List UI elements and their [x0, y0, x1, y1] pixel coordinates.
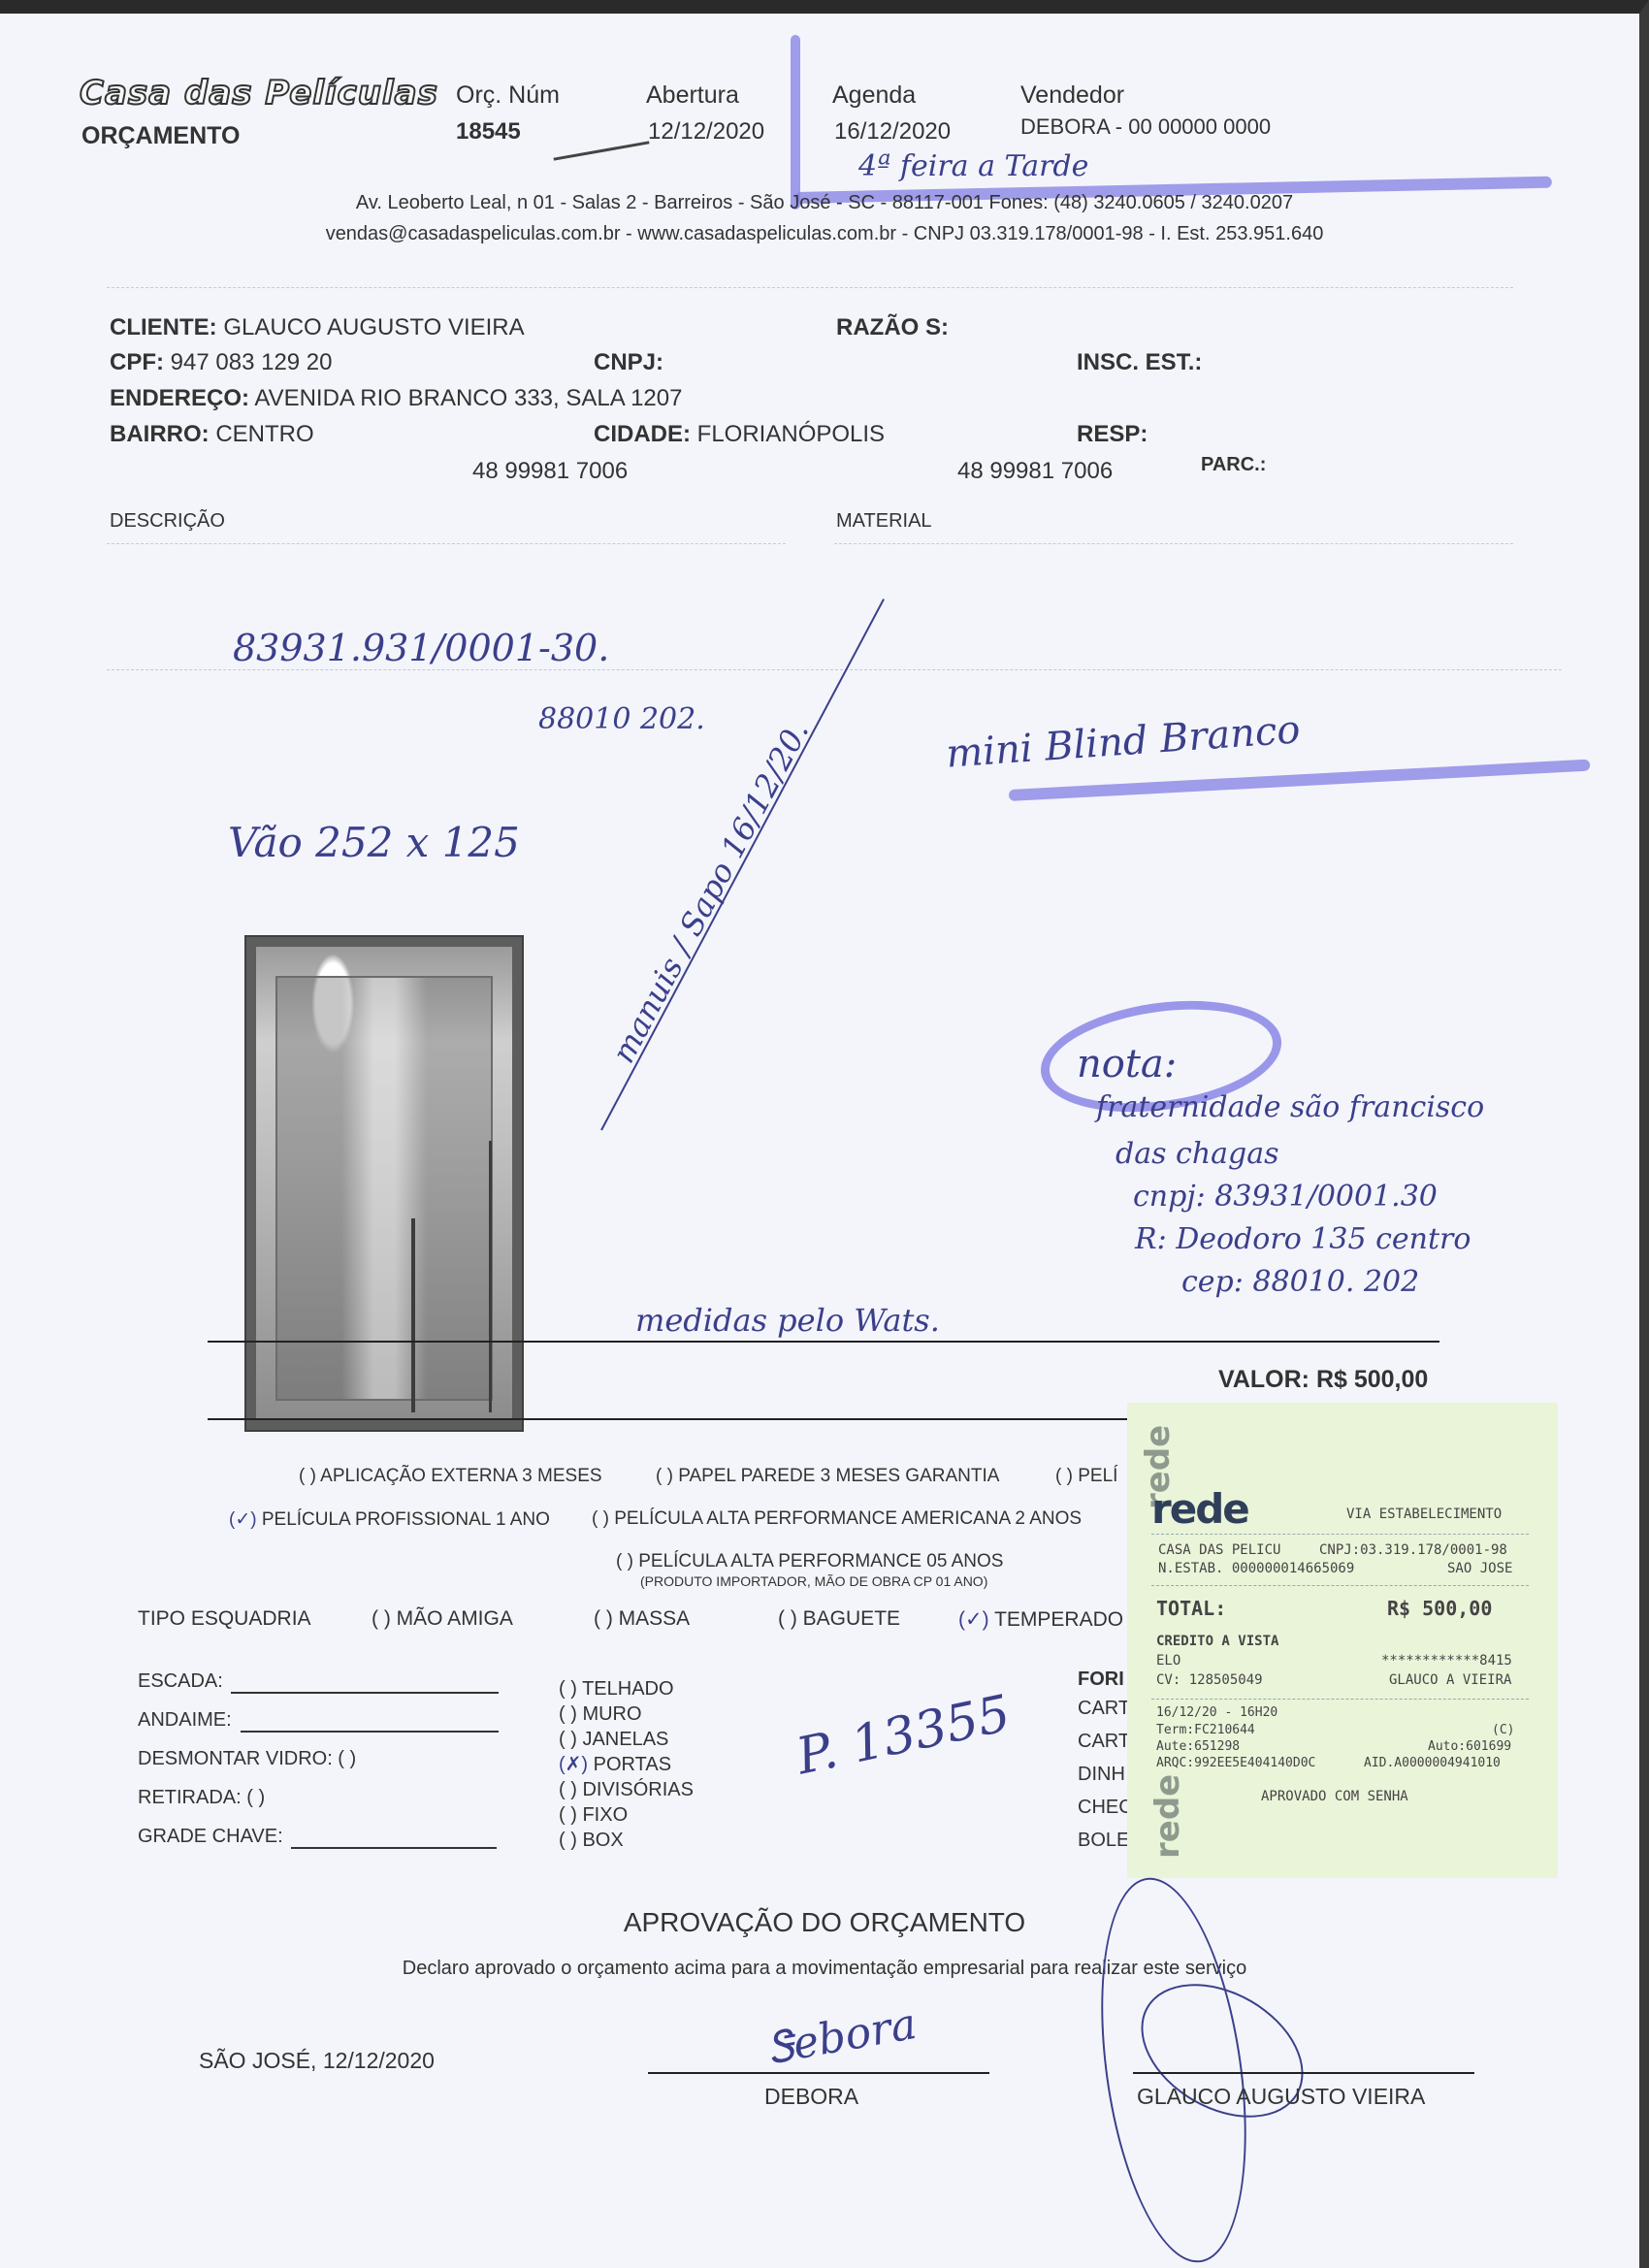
signature-debora: Ꮥebora — [763, 1999, 921, 2074]
option-sub-note: (PRODUTO IMPORTADOR, MÃO DE OBRA CP 01 A… — [640, 1573, 987, 1589]
checkbox[interactable]: ( ) — [656, 1466, 673, 1486]
option-pelicula-americana[interactable]: ( ) PELÍCULA ALTA PERFORMANCE AMERICANA … — [592, 1508, 1082, 1530]
option-label: BAGUETE — [803, 1607, 900, 1630]
option-pelicula-truncated[interactable]: ( ) PELÍ — [1055, 1466, 1117, 1487]
doc-type: ORÇAMENTO — [81, 122, 240, 150]
pagamento-item[interactable]: DINH — [1078, 1758, 1133, 1791]
door-handle — [411, 1218, 415, 1412]
receipt-datetime: 16/12/20 - 16H20 — [1156, 1705, 1277, 1720]
receipt-auto: Auto:601699 — [1428, 1739, 1511, 1754]
descricao-label: DESCRIÇÃO — [110, 510, 225, 533]
phone-1: 48 99981 7006 — [472, 458, 628, 485]
option-label: APLICAÇÃO EXTERNA 3 MESES — [320, 1466, 601, 1486]
receipt-term: Term:FC210644 — [1156, 1723, 1255, 1737]
nota-line: das chagas — [1115, 1137, 1279, 1171]
checkbox[interactable]: ( ) — [372, 1607, 391, 1630]
escada-label: ESCADA: — [138, 1670, 223, 1693]
receipt-estab: N.ESTAB. 000000014665069 — [1158, 1561, 1354, 1576]
quote-document: Casa das Películas ORÇAMENTO Orç. Núm 18… — [0, 0, 1649, 2268]
bairro-value: CENTRO — [215, 421, 313, 447]
phone-2: 48 99981 7006 — [957, 458, 1113, 485]
nota-line: R: Deodoro 135 centro — [1135, 1222, 1471, 1256]
approval-title: APROVAÇÃO DO ORÇAMENTO — [0, 1907, 1649, 1938]
checkbox[interactable]: ( ) — [1055, 1466, 1073, 1486]
divider — [834, 543, 1513, 544]
parc-label: PARC.: — [1201, 454, 1266, 476]
receipt-city: SAO JOSE — [1447, 1561, 1512, 1576]
company-address: Av. Leoberto Leal, n 01 - Salas 2 - Barr… — [0, 192, 1649, 214]
rede-logo-vertical: rede — [1148, 1774, 1187, 1859]
checkbox[interactable]: ( ) — [778, 1607, 797, 1630]
pen-stroke — [553, 141, 649, 160]
material-label: MATERIAL — [836, 510, 932, 533]
endereco-label: ENDEREÇO: — [110, 385, 249, 411]
option-label: PELÍCULA ALTA PERFORMANCE AMERICANA 2 AN… — [614, 1508, 1082, 1529]
valor-label: VALOR: — [1218, 1366, 1309, 1393]
line — [208, 1418, 1129, 1420]
receipt-divider — [1151, 1699, 1529, 1700]
bairro-field: BAIRRO: CENTRO — [110, 421, 314, 448]
checkbox[interactable]: ( ) — [559, 1830, 577, 1851]
receipt-mode: CREDITO A VISTA — [1156, 1634, 1278, 1649]
nota-line: cnpj: 83931/0001.30 — [1133, 1180, 1438, 1214]
insc-label: INSC. EST.: — [1077, 349, 1202, 376]
retirada-field[interactable]: RETIRADA: ( ) — [138, 1787, 265, 1809]
receipt-holder: GLAUCO A VIEIRA — [1389, 1672, 1511, 1688]
option-label: DIVISÓRIAS — [582, 1779, 693, 1800]
esquadria-baguete[interactable]: ( ) BAGUETE — [778, 1607, 900, 1631]
local-janelas[interactable]: ( ) JANELAS — [559, 1727, 694, 1752]
option-aplicacao-externa[interactable]: ( ) APLICAÇÃO EXTERNA 3 MESES — [299, 1466, 602, 1487]
escada-line — [231, 1692, 499, 1694]
option-label: PELÍCULA ALTA PERFORMANCE 05 ANOS — [638, 1551, 1003, 1571]
local-fixo[interactable]: ( ) FIXO — [559, 1802, 694, 1828]
esquadria-massa[interactable]: ( ) MASSA — [594, 1607, 690, 1631]
marker-stroke-vertical — [791, 35, 800, 210]
agenda-label: Agenda — [832, 81, 916, 110]
local-box[interactable]: ( ) BOX — [559, 1828, 694, 1853]
option-label: PELÍCULA PROFISSIONAL 1 ANO — [262, 1509, 550, 1530]
signature-line — [1133, 2072, 1474, 2074]
receipt-brand: ELO — [1156, 1653, 1180, 1669]
checkbox-checked[interactable]: (✓) — [958, 1608, 989, 1631]
endereco-value: AVENIDA RIO BRANCO 333, SALA 1207 — [254, 385, 682, 411]
receipt-divider — [1151, 1534, 1529, 1535]
divider — [107, 543, 786, 544]
divider — [107, 287, 1513, 288]
checkbox-checked[interactable]: (✓) — [229, 1509, 257, 1530]
abertura-date: 12/12/2020 — [648, 118, 764, 146]
pagamento-item[interactable]: CHEC — [1078, 1791, 1133, 1824]
locais-list: ( ) TELHADO ( ) MURO ( ) JANELAS (✗) POR… — [559, 1676, 694, 1853]
cidade-field: CIDADE: FLORIANÓPOLIS — [594, 421, 885, 448]
orc-num: 18545 — [456, 118, 521, 146]
company-contact: vendas@casadaspeliculas.com.br - www.cas… — [0, 223, 1649, 245]
receipt-card: ************8415 — [1381, 1653, 1512, 1669]
forma-pagamento: FORI CART CART DINH CHEC BOLE — [1078, 1667, 1133, 1857]
signer-1: DEBORA — [764, 2084, 858, 2110]
checkbox[interactable]: ( ) — [559, 1678, 577, 1700]
signature-line — [648, 2072, 989, 2074]
receipt-via: VIA ESTABELECIMENTO — [1346, 1507, 1502, 1522]
brand-logo: Casa das Películas — [80, 74, 438, 113]
orc-num-label: Orç. Núm — [456, 81, 560, 110]
card-receipt: rede rede VIA ESTABELECIMENTO CASA DAS P… — [1127, 1403, 1558, 1878]
option-label: BOX — [582, 1830, 623, 1851]
option-label: MASSA — [619, 1607, 691, 1630]
receipt-divider — [1151, 1585, 1529, 1586]
valor-amount: R$ 500,00 — [1316, 1366, 1428, 1393]
esquadria-mao-amiga[interactable]: ( ) MÃO AMIGA — [372, 1607, 513, 1631]
cnpj-handwritten: 83931.931/0001-30. — [233, 627, 609, 669]
agenda-handwritten-note: 4ª feira a Tarde — [858, 149, 1088, 183]
vendedor-value: DEBORA - 00 00000 0000 — [1020, 114, 1271, 140]
esquadria-label: TIPO ESQUADRIA — [138, 1607, 311, 1631]
material-handwritten: mini Blind Branco — [945, 707, 1302, 776]
checkbox[interactable]: ( ) — [616, 1551, 633, 1571]
divider — [107, 669, 1562, 670]
checkbox[interactable]: ( ) — [559, 1779, 577, 1800]
signer-2: GLAUCO AUGUSTO VIEIRA — [1137, 2084, 1425, 2110]
option-label: TELHADO — [582, 1678, 673, 1700]
receipt-c: (C) — [1492, 1723, 1514, 1737]
receipt-arqc: ARQC:992EE5E404140D0C — [1156, 1756, 1315, 1770]
option-label: MURO — [582, 1703, 641, 1725]
line — [208, 1341, 1439, 1343]
option-label: PORTAS — [594, 1754, 671, 1775]
local-telhado[interactable]: ( ) TELHADO — [559, 1676, 694, 1701]
receipt-cnpj: CNPJ:03.319.178/0001-98 — [1319, 1542, 1507, 1558]
endereco-field: ENDEREÇO: AVENIDA RIO BRANCO 333, SALA 1… — [110, 385, 682, 412]
checkbox[interactable]: ( ) — [592, 1508, 609, 1529]
checkbox[interactable]: ( ) — [299, 1466, 316, 1486]
glass-panel — [275, 976, 493, 1401]
vao-handwritten: Vão 252 x 125 — [228, 819, 520, 866]
agenda-date: 16/12/2020 — [834, 118, 951, 146]
cliente-label: CLIENTE: — [110, 314, 217, 340]
diagonal-handwritten: manuis / Sapo 16/12/20. — [604, 715, 816, 1069]
vendedor-label: Vendedor — [1020, 81, 1124, 110]
checkbox-checked[interactable]: (✗) — [559, 1754, 588, 1775]
receipt-merchant: CASA DAS PELICU — [1158, 1542, 1280, 1558]
cep-handwritten: 88010 202. — [538, 702, 705, 736]
cpf-field: CPF: 947 083 129 20 — [110, 349, 333, 376]
valor-field: VALOR: R$ 500,00 — [1218, 1366, 1428, 1394]
cpf-value: 947 083 129 20 — [171, 349, 333, 375]
option-label: FIXO — [582, 1804, 628, 1826]
abertura-label: Abertura — [646, 81, 739, 110]
cnpj-label: CNPJ: — [594, 349, 663, 376]
receipt-aid: AID.A0000004941010 — [1364, 1756, 1501, 1770]
receipt-total: R$ 500,00 — [1387, 1597, 1492, 1620]
andaime-line — [241, 1731, 499, 1733]
receipt-aute: Aute:651298 — [1156, 1739, 1240, 1754]
pagamento-item[interactable]: BOLE — [1078, 1824, 1133, 1857]
local-divisorias[interactable]: ( ) DIVISÓRIAS — [559, 1777, 694, 1802]
cidade-label: CIDADE: — [594, 421, 691, 447]
approval-declaration: Declaro aprovado o orçamento acima para … — [0, 1958, 1649, 1980]
checkbox[interactable]: ( ) — [559, 1729, 577, 1750]
nota-title: nota: — [1077, 1042, 1177, 1086]
grade-line — [291, 1847, 497, 1849]
cidade-value: FLORIANÓPOLIS — [697, 421, 885, 447]
bairro-label: BAIRRO: — [110, 421, 210, 447]
receipt-total-label: TOTAL: — [1156, 1597, 1226, 1620]
receipt-status: APROVADO COM SENHA — [1261, 1789, 1408, 1804]
rede-logo: rede — [1151, 1485, 1248, 1533]
option-label: TEMPERADO — [994, 1608, 1123, 1631]
option-label: PAPEL PAREDE 3 MESES GARANTIA — [678, 1466, 999, 1486]
door-photo — [246, 937, 522, 1430]
option-label: MÃO AMIGA — [397, 1607, 513, 1630]
pagamento-item[interactable]: CART — [1078, 1725, 1133, 1758]
option-pelicula-profissional[interactable]: (✓) PELÍCULA PROFISSIONAL 1 ANO — [229, 1508, 550, 1531]
option-label: PELÍ — [1078, 1466, 1117, 1486]
checkbox[interactable]: ( ) — [559, 1804, 577, 1826]
cliente-field: CLIENTE: GLAUCO AUGUSTO VIEIRA — [110, 314, 525, 341]
resp-label: RESP: — [1077, 421, 1148, 448]
local-muro[interactable]: ( ) MURO — [559, 1701, 694, 1727]
medidas-handwritten: medidas pelo Wats. — [635, 1302, 940, 1339]
checkbox[interactable]: ( ) — [559, 1703, 577, 1725]
receipt-cv: CV: 128505049 — [1156, 1672, 1263, 1688]
door-edge — [489, 1141, 492, 1412]
desmontar-field[interactable]: DESMONTAR VIDRO: ( ) — [138, 1748, 356, 1770]
nota-line: fraternidade são francisco — [1096, 1090, 1484, 1124]
place-date: SÃO JOSÉ, 12/12/2020 — [199, 2048, 435, 2074]
andaime-label: ANDAIME: — [138, 1709, 232, 1732]
option-papel-parede[interactable]: ( ) PAPEL PAREDE 3 MESES GARANTIA — [656, 1466, 999, 1487]
checkbox[interactable]: ( ) — [594, 1607, 613, 1630]
option-label: JANELAS — [582, 1729, 668, 1750]
nota-line: cep: 88010. 202 — [1181, 1265, 1419, 1299]
cliente-value: GLAUCO AUGUSTO VIEIRA — [223, 314, 524, 340]
forma-pagamento-title: FORI — [1078, 1667, 1133, 1692]
option-pelicula-05-anos[interactable]: ( ) PELÍCULA ALTA PERFORMANCE 05 ANOS — [616, 1551, 1003, 1572]
pagamento-item[interactable]: CART — [1078, 1692, 1133, 1725]
pedido-handwritten: P. 13355 — [792, 1684, 1016, 1786]
esquadria-temperado[interactable]: (✓) TEMPERADO — [958, 1607, 1123, 1632]
razao-label: RAZÃO S: — [836, 314, 949, 341]
grade-chave-label: GRADE CHAVE: — [138, 1826, 283, 1848]
local-portas[interactable]: (✗) PORTAS — [559, 1752, 694, 1777]
cpf-label: CPF: — [110, 349, 164, 375]
